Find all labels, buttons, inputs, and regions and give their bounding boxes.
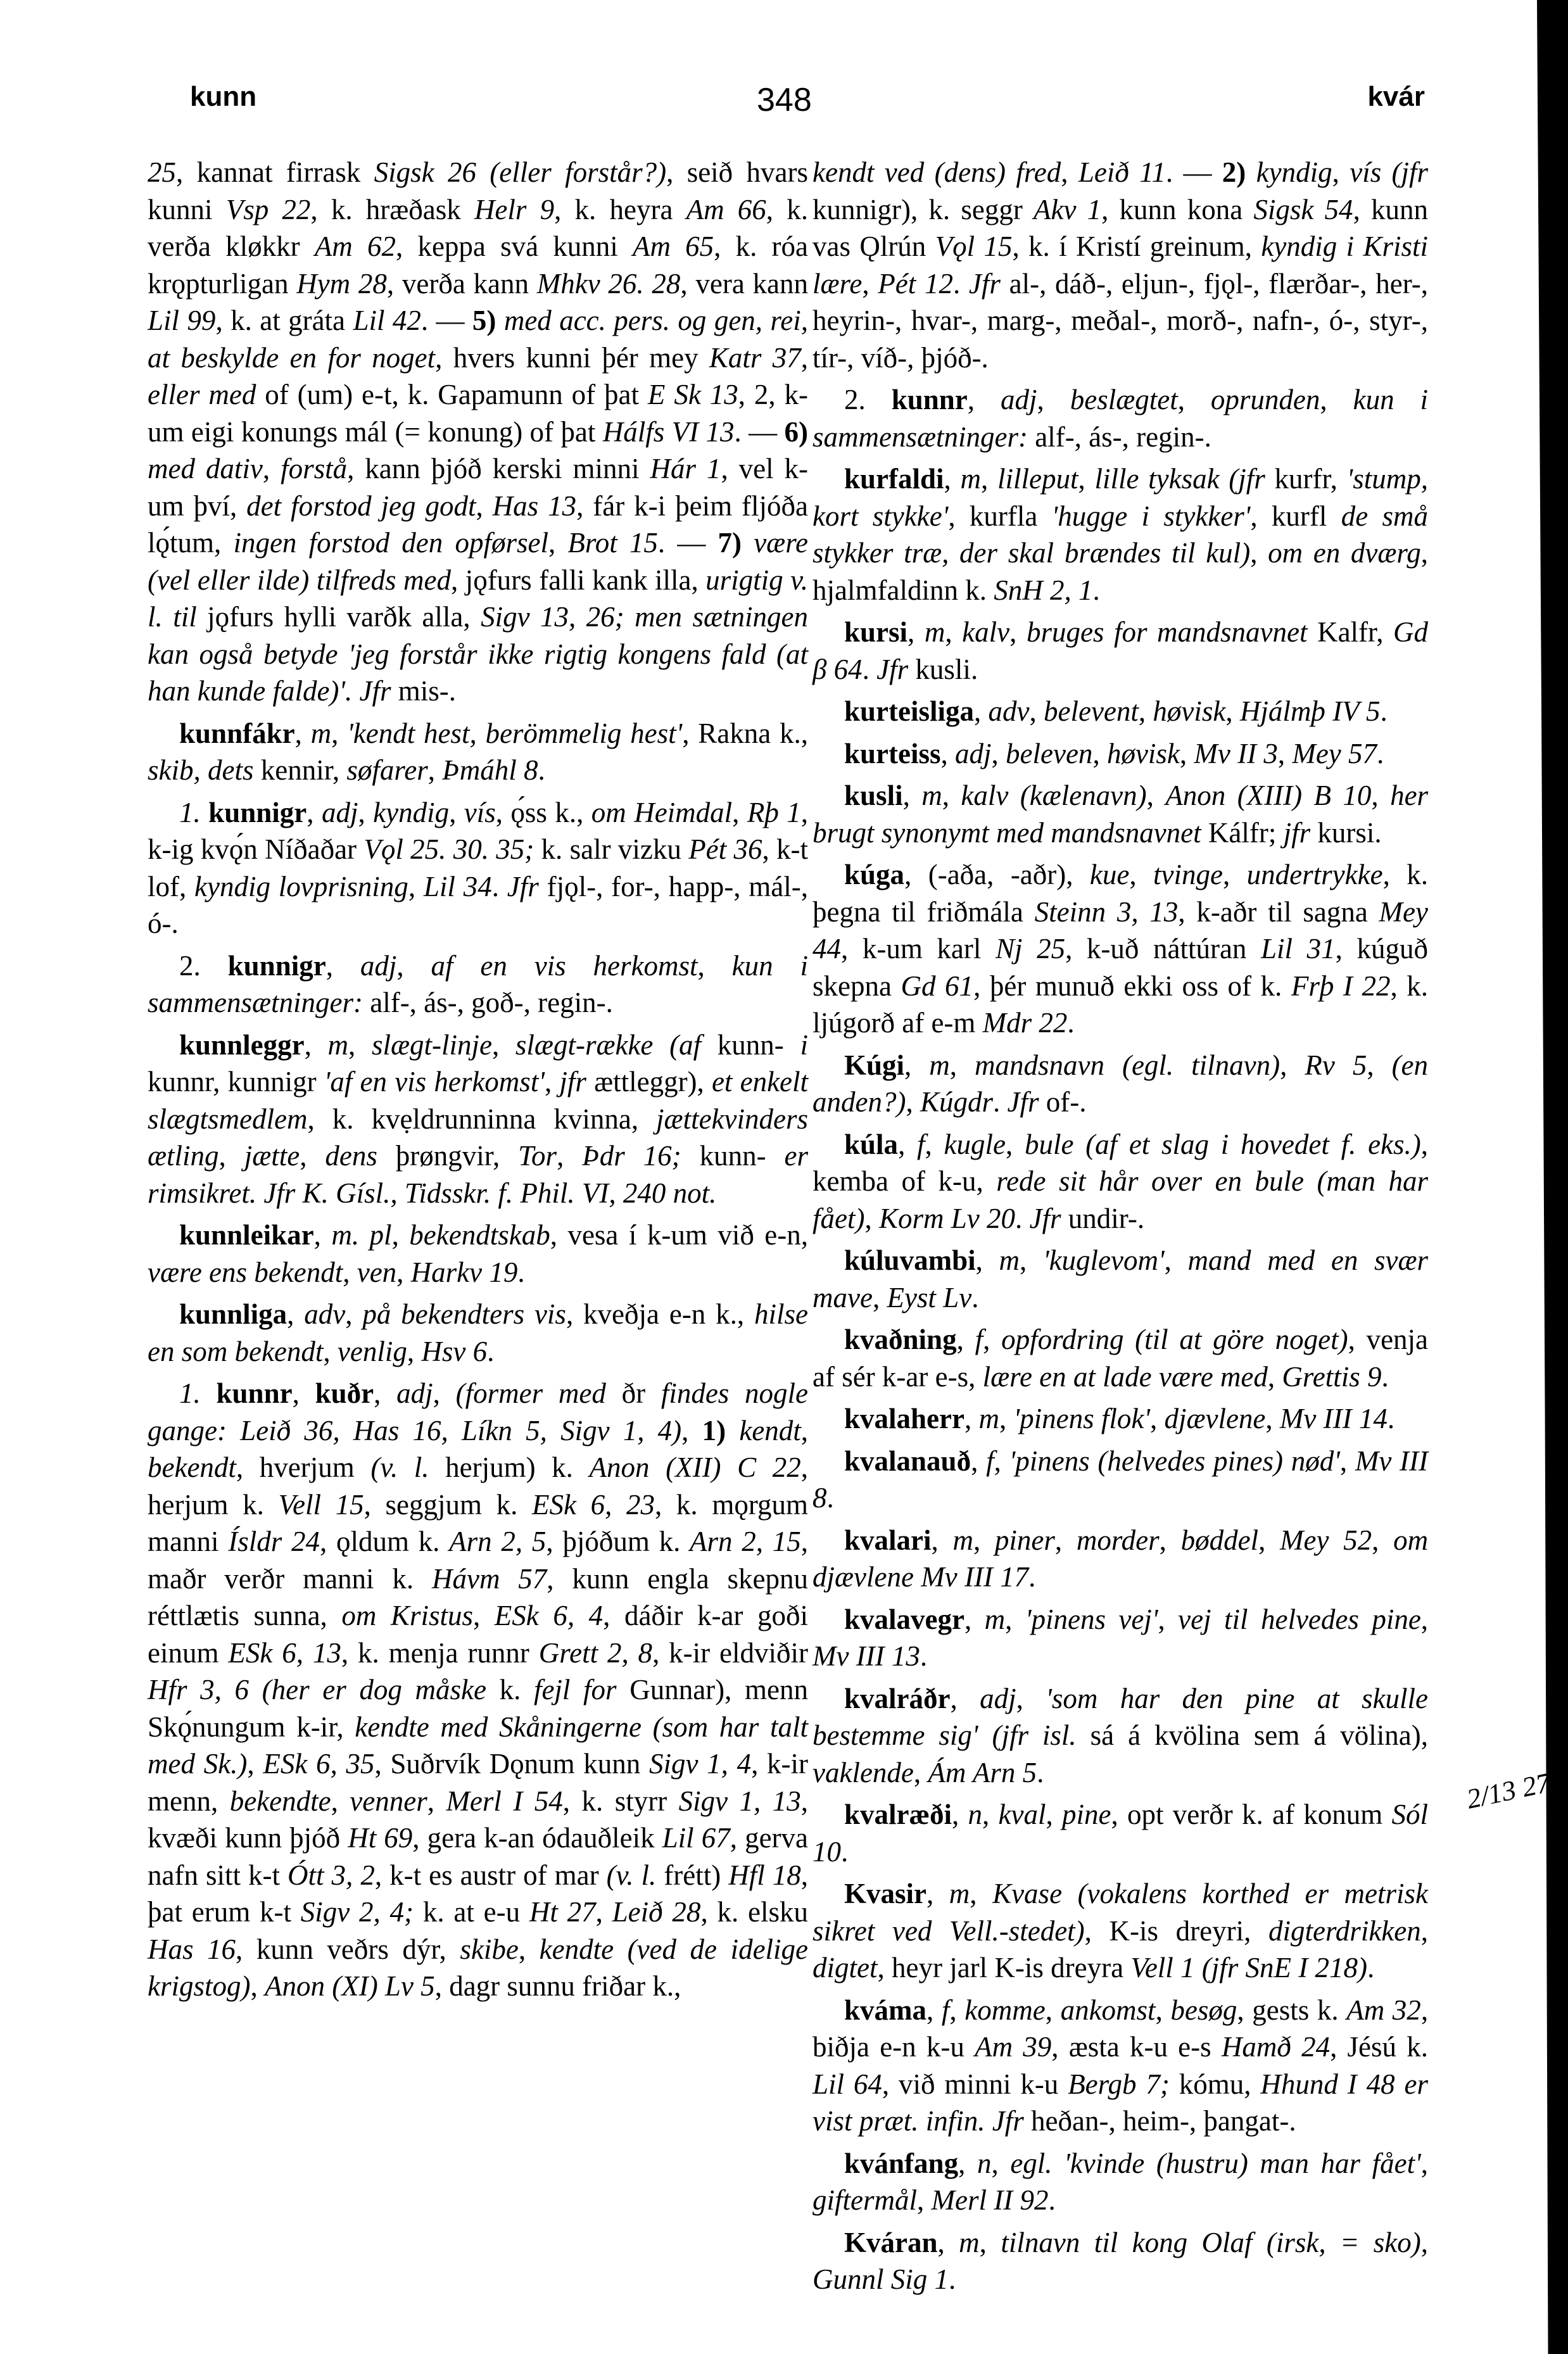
right-guide-word: kvár [1367, 81, 1425, 113]
dictionary-entry: Kvasir, m, Kvase (vokalens korthed er me… [812, 1875, 1428, 1987]
dictionary-entry: 1. kunnr, kuðr, adj, (former med ðr find… [148, 1375, 808, 2005]
dictionary-entry: 2. kunnigr, adj, af en vis herkomst, kun… [148, 947, 808, 1022]
dictionary-entry: kurteisliga, adv, belevent, høvisk, Hjál… [812, 693, 1428, 730]
dictionary-entry: kursi, m, kalv, bruges for mandsnavnet K… [812, 614, 1428, 688]
right-column: kendt ved (dens) fred, Leið 11. — 2) kyn… [812, 154, 1428, 2298]
page-header: kunn 348 kvár [190, 81, 1425, 119]
left-column: 25, kannat firrask Sigsk 26 (eller forst… [148, 154, 808, 2005]
dictionary-entry: kusli, m, kalv (kælenavn), Anon (XIII) B… [812, 777, 1428, 851]
dictionary-entry: kunnfákr, m, 'kendt hest, berömmelig hes… [148, 715, 808, 789]
dictionary-entry: kvalanauð, f, 'pinens (helvedes pines) n… [812, 1443, 1428, 1517]
dictionary-entry: 25, kannat firrask Sigsk 26 (eller forst… [148, 154, 808, 710]
dictionary-entry: 1. kunnigr, adj, kyndig, vís, ǫ́ss k., o… [148, 794, 808, 942]
dictionary-entry: kvalaherr, m, 'pinens flok', djævlene, M… [812, 1400, 1428, 1438]
scan-page-edge [1524, 0, 1568, 2354]
dictionary-entry: kvánfang, n, egl. 'kvinde (hustru) man h… [812, 2145, 1428, 2219]
dictionary-entry: kúluvambi, m, 'kuglevom', mand med en sv… [812, 1242, 1428, 1316]
dictionary-entry: kvalavegr, m, 'pinens vej', vej til helv… [812, 1601, 1428, 1675]
dictionary-entry: kvaðning, f, opfordring (til at göre nog… [812, 1321, 1428, 1395]
dictionary-entry: kvalræði, n, kval, pine, opt verðr k. af… [812, 1796, 1428, 1870]
dictionary-entry: kváma, f, komme, ankomst, besøg, gests k… [812, 1992, 1428, 2140]
dictionary-entry: Kváran, m, tilnavn til kong Olaf (irsk, … [812, 2224, 1428, 2298]
page-number: 348 [757, 81, 812, 119]
dictionary-entry: kunnleikar, m. pl, bekendtskab, vesa í k… [148, 1217, 808, 1291]
dictionary-entry: kunnleggr, m, slægt-linje, slægt-række (… [148, 1027, 808, 1212]
dictionary-entry: Kúgi, m, mandsnavn (egl. tilnavn), Rv 5,… [812, 1047, 1428, 1121]
dictionary-entry: kendt ved (dens) fred, Leið 11. — 2) kyn… [812, 154, 1428, 376]
dictionary-entry: kvalari, m, piner, morder, bøddel, Mey 5… [812, 1522, 1428, 1596]
dictionary-entry: kurfaldi, m, lilleput, lille tyksak (jfr… [812, 460, 1428, 609]
left-guide-word: kunn [190, 81, 256, 113]
dictionary-entry: kurteiss, adj, beleven, høvisk, Mv II 3,… [812, 735, 1428, 773]
dictionary-entry: kúla, f, kugle, bule (af et slag i hoved… [812, 1126, 1428, 1237]
dictionary-entry: kvalráðr, adj, 'som har den pine at skul… [812, 1680, 1428, 1792]
dictionary-entry: kúga, (-aða, -aðr), kue, tvinge, undertr… [812, 856, 1428, 1042]
dictionary-entry: 2. kunnr, adj, beslægtet, oprunden, kun … [812, 381, 1428, 455]
dictionary-entry: kunnliga, adv, på bekendters vis, kveðja… [148, 1296, 808, 1370]
